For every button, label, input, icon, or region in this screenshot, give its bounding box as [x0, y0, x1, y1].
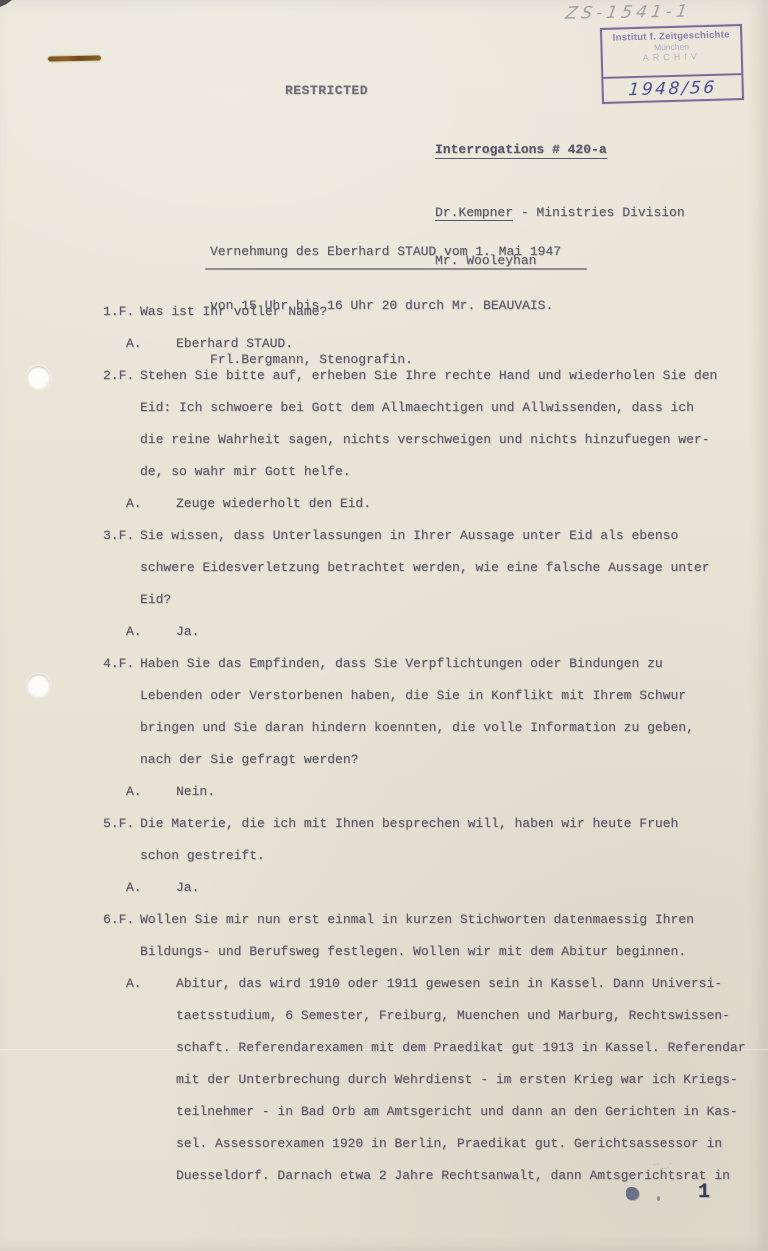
qa-lines: Stehen Sie bitte auf, erheben Sie Ihre r…: [140, 360, 733, 488]
qa-line: Eid?: [140, 584, 733, 616]
qa-lines: Die Materie, die ich mit Ihnen bespreche…: [140, 808, 733, 872]
qa-lines: Haben Sie das Empfinden, dass Sie Verpfl…: [140, 648, 733, 776]
qa-lines: Wollen Sie mir nun erst einmal in kurzen…: [140, 904, 733, 968]
qa-line: Lebenden oder Verstorbenen haben, die Si…: [140, 680, 733, 712]
qa-line: schaft. Referendarexamen mit dem Praedik…: [176, 1032, 746, 1064]
qa-line: Stehen Sie bitte auf, erheben Sie Ihre r…: [140, 360, 733, 392]
qa-lines: Ja.: [176, 616, 733, 648]
interrogation-number: Interrogations # 420-a: [435, 142, 607, 159]
answer-label: A.: [103, 872, 176, 904]
archive-stamp-number: 1948/56: [603, 75, 743, 101]
answer-label: A.: [103, 328, 176, 360]
divider-line: [205, 268, 587, 270]
qa-line: Sie wissen, dass Unterlassungen in Ihrer…: [140, 520, 733, 552]
qa-item: 5.F.Die Materie, die ich mit Ihnen bespr…: [103, 808, 733, 872]
qa-line: Ja.: [176, 872, 733, 904]
qa-line: Eid: Ich schwoere bei Gott dem Allmaecht…: [140, 392, 733, 424]
qa-lines: Sie wissen, dass Unterlassungen in Ihrer…: [140, 520, 733, 616]
qa-line: bringen und Sie daran hindern koennten, …: [140, 712, 733, 744]
qa-item: 4.F.Haben Sie das Empfinden, dass Sie Ve…: [103, 648, 733, 776]
corner-artifact: [0, 0, 12, 7]
qa-line: teilnehmer - in Bad Orb am Amtsgericht u…: [176, 1096, 746, 1128]
question-label: 4.F.: [103, 648, 140, 680]
qa-line: Ja.: [176, 616, 733, 648]
qa-line: Die Materie, die ich mit Ihnen bespreche…: [140, 808, 733, 840]
answer-label: A.: [103, 776, 176, 808]
qa-item: 6.F.Wollen Sie mir nun erst einmal in ku…: [103, 904, 733, 968]
question-label: 5.F.: [103, 808, 140, 840]
qa-line: Abitur, das wird 1910 oder 1911 gewesen …: [176, 968, 746, 1000]
qa-list: 1.F.Was ist Ihr voller Name?A.Eberhard S…: [103, 296, 733, 1192]
archive-stamp: Institut f. Zeitgeschichte München ARCHI…: [600, 24, 744, 104]
qa-item: A.Abitur, das wird 1910 oder 1911 gewese…: [103, 968, 733, 1192]
question-label: 3.F.: [103, 520, 140, 552]
qa-item: 1.F.Was ist Ihr voller Name?: [103, 296, 733, 328]
answer-label: A.: [103, 616, 176, 648]
qa-line: Was ist Ihr voller Name?: [140, 296, 733, 328]
qa-line: Nein.: [176, 776, 733, 808]
qa-line: nach der Sie gefragt werden?: [140, 744, 733, 776]
qa-line: Haben Sie das Empfinden, dass Sie Verpfl…: [140, 648, 733, 680]
qa-line: schon gestreift.: [140, 840, 733, 872]
ink-smudge: [626, 1187, 639, 1200]
answer-label: A.: [103, 968, 176, 1000]
question-label: 2.F.: [103, 360, 140, 392]
page-number: 1: [698, 1181, 710, 1204]
hole-punch: [27, 366, 50, 389]
ink-dot: [657, 1196, 660, 1201]
intro-line: Vernehmung des Eberhard STAUD vom 1. Mai…: [210, 243, 561, 261]
qa-line: taetsstudium, 6 Semester, Freiburg, Muen…: [176, 1000, 746, 1032]
qa-line: sel. Assessorexamen 1920 in Berlin, Prae…: [176, 1128, 746, 1160]
stain-mark: [48, 55, 101, 61]
archive-stamp-text: Institut f. Zeitgeschichte München ARCHI…: [602, 26, 741, 79]
hole-punch: [27, 674, 50, 697]
restricted-marking: RESTRICTED: [285, 83, 368, 98]
scanned-document-page: ZS-1541-1 Institut f. Zeitgeschichte Mün…: [0, 0, 768, 1251]
qa-lines: Eberhard STAUD.: [176, 328, 733, 360]
qa-item: A.Ja.: [103, 872, 733, 904]
handwritten-catalog-number: ZS-1541-1: [564, 0, 768, 23]
qa-line: Wollen Sie mir nun erst einmal in kurzen…: [140, 904, 733, 936]
qa-lines: Was ist Ihr voller Name?: [140, 296, 733, 328]
faint-pencil-mark: ··‿·: [653, 1159, 673, 1170]
qa-lines: Ja.: [176, 872, 733, 904]
qa-line: Bildungs- und Berufsweg festlegen. Wolle…: [140, 936, 733, 968]
qa-line: mit der Unterbrechung durch Wehrdienst -…: [176, 1064, 746, 1096]
qa-lines: Abitur, das wird 1910 oder 1911 gewesen …: [176, 968, 746, 1192]
question-label: 6.F.: [103, 904, 140, 936]
qa-line: Eberhard STAUD.: [176, 328, 733, 360]
qa-item: A.Nein.: [103, 776, 733, 808]
qa-item: A.Ja.: [103, 616, 733, 648]
answer-label: A.: [103, 488, 176, 520]
question-label: 1.F.: [103, 296, 140, 328]
qa-lines: Nein.: [176, 776, 733, 808]
qa-line: die reine Wahrheit sagen, nichts verschw…: [140, 424, 733, 456]
qa-lines: Zeuge wiederholt den Eid.: [176, 488, 733, 520]
qa-line: Zeuge wiederholt den Eid.: [176, 488, 733, 520]
qa-item: 2.F.Stehen Sie bitte auf, erheben Sie Ih…: [103, 360, 733, 488]
qa-item: A.Eberhard STAUD.: [103, 328, 733, 360]
qa-item: 3.F.Sie wissen, dass Unterlassungen in I…: [103, 520, 733, 616]
qa-item: A.Zeuge wiederholt den Eid.: [103, 488, 733, 520]
qa-line: schwere Eidesverletzung betrachtet werde…: [140, 552, 733, 584]
qa-line: de, so wahr mir Gott helfe.: [140, 456, 733, 488]
